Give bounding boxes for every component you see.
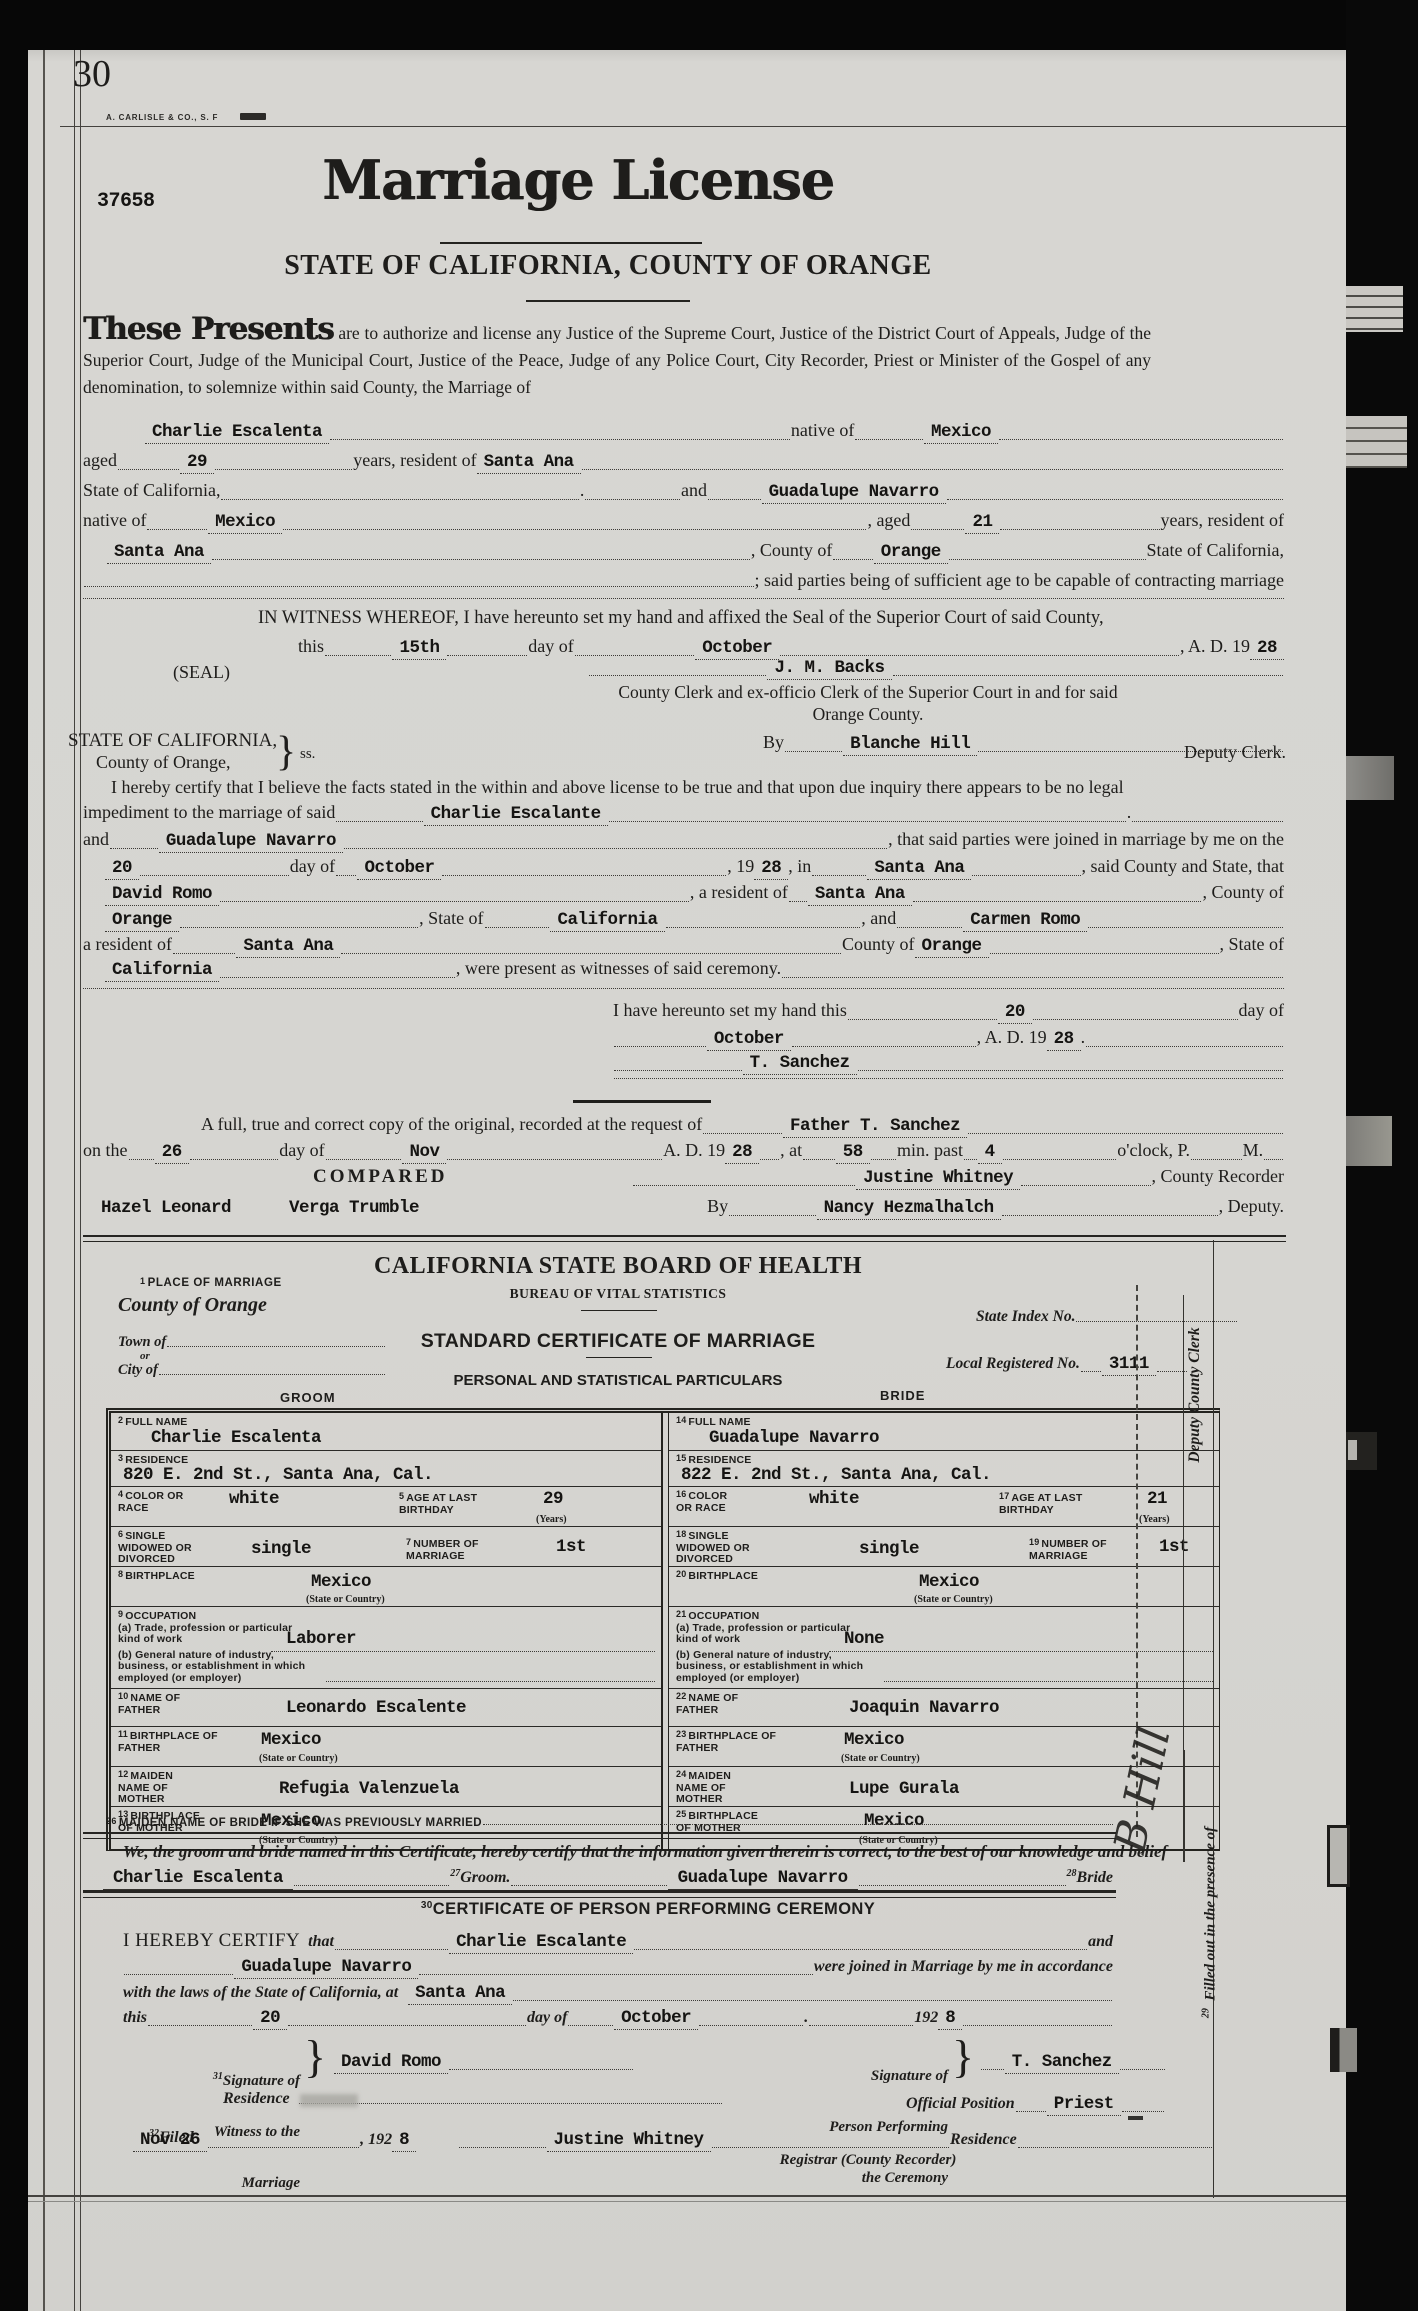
- groom-age-value: 29: [180, 452, 214, 474]
- field-number: 16: [676, 1489, 686, 1499]
- field-label: 10NAME OF FATHER: [118, 1691, 198, 1716]
- dotted-leader: [299, 2101, 722, 2104]
- local-registered-number: 3111: [1102, 1354, 1156, 1376]
- laws-of-california-text: with the laws of the State of California…: [123, 1984, 398, 2002]
- particulars-heading: PERSONAL AND STATISTICAL PARTICULARS: [328, 1372, 908, 1389]
- label-text: BIRTHPLACE OF FATHER: [118, 1730, 218, 1754]
- venue-block: STATE OF CALIFORNIA, County of Orange,: [68, 730, 277, 773]
- groom-color-age-row: 4COLOR OR RACE white 5AGE AT LAST BIRTHD…: [111, 1487, 661, 1527]
- residence-label: Residence: [223, 2090, 290, 2108]
- years-resident-label: years, resident of: [1161, 510, 1284, 531]
- subtitle-rule: [526, 300, 690, 302]
- bride-father-birthplace-value: Mexico: [844, 1730, 904, 1750]
- dotted-leader: [913, 899, 1202, 902]
- certify-text: I hereby certify that I believe the fact…: [111, 777, 1124, 798]
- field-number: 4: [118, 1489, 123, 1499]
- field-label: 11BIRTHPLACE OF FATHER: [118, 1729, 228, 1754]
- and-label: and: [1088, 1933, 1113, 1951]
- m-label: M.: [1243, 1140, 1264, 1161]
- dotted-leader: [288, 2023, 526, 2026]
- dotted-leader: [118, 467, 179, 470]
- joined-in-marriage-text: were joined in Marriage by me in accorda…: [814, 1958, 1113, 1976]
- dotted-leader: [589, 673, 766, 676]
- groom-father-birthplace-row: 11BIRTHPLACE OF FATHER Mexico (State or …: [111, 1727, 661, 1767]
- label-line: Marriage: [168, 2175, 300, 2192]
- ad-19-label: , A. D. 19: [1180, 636, 1250, 657]
- label-text: BIRTHPLACE: [688, 1570, 758, 1582]
- dotted-leader: [964, 1157, 977, 1160]
- compared-stamp: COMPARED: [313, 1166, 447, 1188]
- dotted-leader: [442, 873, 726, 876]
- recorded-hour-value: 4: [978, 1142, 1002, 1164]
- dotted-leader: [1086, 1044, 1283, 1047]
- dotted-leader: [780, 653, 1179, 656]
- dotted-leader: [485, 925, 550, 928]
- venue-state: STATE OF CALIFORNIA,: [68, 730, 277, 752]
- occupation-b-label: (b) General nature of industry, business…: [676, 1650, 881, 1685]
- dotted-leader: [140, 873, 289, 876]
- ceremony-line-1: I HEREBY CERTIFY that Charlie Escalante …: [123, 1930, 1113, 1954]
- form-line-bride-city: Santa Ana , County of Orange State of Ca…: [83, 540, 1284, 564]
- dotted-leader: [271, 1651, 655, 1652]
- deputy-clerk-signature: Blanche Hill: [843, 734, 977, 756]
- groom-city-value: Santa Ana: [477, 452, 581, 474]
- label-text: AGE AT LAST BIRTHDAY: [399, 1492, 477, 1516]
- performer-signature-label: Signature of Person Performing the Cerem…: [783, 2034, 948, 2221]
- field-label: 21OCCUPATION: [676, 1609, 1215, 1623]
- rule: [581, 1310, 657, 1311]
- official-position-label: Official Position: [906, 2095, 1015, 2113]
- section-divider-dotted: [83, 598, 1284, 599]
- groom-signature: Charlie Escalenta: [103, 1868, 293, 1890]
- dotted-leader: [220, 899, 689, 902]
- maiden-name-line: 26MAIDEN NAME OF BRIDE IF SHE WAS PREVIO…: [106, 1816, 1114, 1829]
- page-number: 30: [73, 52, 111, 96]
- certify-line-1: I hereby certify that I believe the fact…: [83, 777, 1284, 798]
- dotted-leader: [447, 1157, 662, 1160]
- ceremony-year-value: 8: [938, 2008, 962, 2030]
- witness-date-line: this 15th day of October , A. D. 19 28: [298, 636, 1284, 660]
- county-recorder-label: , County Recorder: [1152, 1166, 1284, 1187]
- presents-paragraph: These Presents are to authorize and lice…: [83, 316, 1151, 401]
- dotted-leader: [947, 497, 1283, 500]
- ceremony-day-value: 20: [253, 2008, 287, 2030]
- field-number: 30: [421, 1900, 433, 1911]
- groom-color-value: white: [229, 1489, 279, 1509]
- field-label: 8BIRTHPLACE: [118, 1569, 657, 1583]
- official-position-value: Priest: [1047, 2094, 1121, 2116]
- certify-line-6: Orange , State of California , and Carme…: [83, 908, 1284, 932]
- tab-mark: [1348, 1440, 1357, 1460]
- field-number: 8: [118, 1569, 123, 1579]
- filed-date-value: Nov 26: [133, 2130, 207, 2152]
- field-number: 19: [1029, 1537, 1039, 1547]
- state-or-country-caption: (State or Country): [306, 1594, 385, 1605]
- section-double-rule: [83, 1235, 1286, 1242]
- years-caption: (Years): [1139, 1514, 1170, 1525]
- groom-name-value: Charlie Escalante: [424, 804, 608, 826]
- dotted-leader: [124, 1972, 233, 1975]
- town-of-label: Town of: [118, 1334, 166, 1351]
- period: .: [1081, 1027, 1086, 1048]
- dotted-leader: [981, 2067, 1004, 2070]
- performer-signature-value: T. Sanchez: [1005, 2052, 1119, 2074]
- dotted-leader: [703, 1131, 782, 1134]
- field-label: 18SINGLE WIDOWED OR DIVORCED: [676, 1529, 776, 1566]
- hand-month-value: October: [707, 1029, 791, 1051]
- on-the-label: on the: [83, 1140, 128, 1161]
- i-hereby-certify-label: I HEREBY CERTIFY: [123, 1930, 300, 1952]
- deputy-county-clerk-vertical-label: Deputy County Clerk: [1186, 1289, 1206, 1501]
- field-label: 24MAIDEN NAME OF MOTHER: [676, 1769, 751, 1806]
- groom-marriage-number-value: 1st: [556, 1537, 586, 1557]
- witness2-name-value: Carmen Romo: [963, 910, 1087, 932]
- label-text: OCCUPATION: [688, 1610, 759, 1622]
- witness1-county-value: Orange: [105, 910, 179, 932]
- label-line: 31Signature of: [168, 2068, 300, 2090]
- ceremony-heading: 30CERTIFICATE OF PERSON PERFORMING CEREM…: [83, 1900, 1213, 1919]
- dotted-leader: [1264, 1157, 1283, 1160]
- comparer-1-stamp: Hazel Leonard: [101, 1198, 231, 1218]
- ceremony-line-3: with the laws of the State of California…: [123, 1983, 1113, 2005]
- dotted-leader: [963, 2023, 1112, 2026]
- witness-signature-value: David Romo: [334, 2052, 448, 2074]
- aged-label: aged: [83, 450, 117, 471]
- dotted-leader: [968, 1131, 1283, 1134]
- stray-mark: [1128, 2116, 1143, 2120]
- title-rule: [440, 242, 702, 244]
- dotted-leader: [325, 653, 391, 656]
- erased-smudge: [300, 2094, 358, 2107]
- dotted-leader: [419, 1972, 813, 1975]
- dotted-leader: [1002, 1213, 1218, 1216]
- field-number: 6: [118, 1529, 123, 1539]
- ceremony-month-value: October: [614, 2008, 698, 2030]
- field-number: 22: [676, 1691, 686, 1701]
- dotted-leader: [582, 467, 1283, 470]
- and-label: and: [681, 480, 707, 501]
- label-text: NUMBER OF MARRIAGE: [406, 1538, 479, 1562]
- recorded-line-1: A full, true and correct copy of the ori…: [83, 1114, 1284, 1138]
- witness-line: IN WITNESS WHEREOF, I have hereunto set …: [83, 608, 1284, 629]
- dotted-leader: [858, 1068, 1283, 1071]
- dotted-leader: [283, 527, 866, 530]
- field-number: 27: [450, 1868, 460, 1879]
- venue-county: County of Orange,: [96, 752, 277, 773]
- index-tab: [1330, 2028, 1357, 2072]
- by-label: By: [763, 732, 784, 753]
- recorded-minute-value: 58: [836, 1142, 870, 1164]
- hand-year-value: 28: [1047, 1029, 1081, 1051]
- heading-text: CERTIFICATE OF PERSON PERFORMING CEREMON…: [433, 1900, 875, 1918]
- dotted-leader: [330, 437, 790, 440]
- groom-age-value: 29: [543, 1489, 563, 1509]
- dotted-leader: [326, 1681, 655, 1682]
- certify-line-2: impediment to the marriage of said Charl…: [83, 802, 1284, 826]
- index-tab: [1346, 1432, 1377, 1470]
- bride-marriage-number-value: 1st: [1159, 1537, 1189, 1557]
- ceremony-groom-value: Charlie Escalante: [449, 1932, 633, 1954]
- state-index-label: State Index No.: [976, 1308, 1075, 1326]
- field-number: 26: [106, 1816, 117, 1826]
- ss-label: ss.: [300, 746, 315, 763]
- groom-marital-row: 6SINGLE WIDOWED OR DIVORCED single 7NUMB…: [111, 1527, 661, 1567]
- state-or-country-caption: (State or Country): [914, 1594, 993, 1605]
- groom-occupation-row: 9OCCUPATION (a) Trade, profession or par…: [111, 1607, 661, 1689]
- state-or-country-caption: (State or Country): [841, 1753, 920, 1764]
- scan-border-left: [0, 0, 28, 2311]
- groom-father-value: Leonardo Escalente: [286, 1698, 466, 1718]
- dotted-leader: [999, 437, 1283, 440]
- dotted-leader: [893, 673, 1283, 676]
- by-label: By: [707, 1196, 728, 1217]
- dotted-leader: [666, 925, 861, 928]
- min-past-label: min. past: [897, 1140, 963, 1161]
- label-text: COLOR OR RACE: [118, 1490, 183, 1514]
- day-of-label: day of: [290, 856, 335, 877]
- dotted-leader: [871, 1157, 896, 1160]
- occupation-a-label: (a) Trade, profession or particular kind…: [118, 1623, 303, 1646]
- dotted-leader: [84, 584, 754, 587]
- license-year-value: 28: [1250, 638, 1284, 660]
- label-line: Signature of: [783, 2068, 948, 2085]
- document-page: 30 A. CARLISLE & CO., S. F 37658 Marriag…: [28, 50, 1346, 2311]
- bureau-subheading: BUREAU OF VITAL STATISTICS: [328, 1286, 908, 1302]
- filed-192-label: , 192: [360, 2131, 392, 2149]
- city-of-label: City of: [118, 1362, 158, 1379]
- field-number: 23: [676, 1729, 686, 1739]
- bride-full-name-value: Guadalupe Navarro: [709, 1428, 879, 1448]
- field-number: 5: [399, 1491, 404, 1501]
- dotted-leader: [294, 1883, 449, 1886]
- bride-age-value: 21: [1147, 1489, 1167, 1509]
- dotted-leader: [1021, 1183, 1150, 1186]
- certify-line-7: a resident of Santa Ana County of Orange…: [83, 934, 1284, 958]
- top-rule: [60, 126, 1346, 127]
- dotted-leader: [585, 497, 680, 500]
- oclock-label: o'clock, P.: [1117, 1140, 1190, 1161]
- dotted-leader: [221, 497, 578, 500]
- field-label: 19NUMBER OF MARRIAGE: [1029, 1537, 1139, 1562]
- dotted-leader: [326, 1157, 402, 1160]
- wedding-day-value: 20: [105, 858, 139, 880]
- field-number: 15: [676, 1453, 686, 1463]
- deputy-label: , Deputy.: [1219, 1196, 1284, 1217]
- label-text: SINGLE WIDOWED OR DIVORCED: [676, 1530, 750, 1565]
- witness1-state-value: California: [550, 910, 664, 932]
- column-divider: [661, 1413, 669, 1849]
- bride-color-value: white: [809, 1489, 859, 1509]
- certify-line-5: David Romo , a resident of Santa Ana , C…: [83, 882, 1284, 906]
- dotted-leader: [634, 1947, 1087, 1950]
- groom-father-row: 10NAME OF FATHER Leonardo Escalente: [111, 1689, 661, 1727]
- state-or-country-caption: (State or Country): [259, 1753, 338, 1764]
- dotted-leader: [180, 925, 418, 928]
- maiden-name-label: 26MAIDEN NAME OF BRIDE IF SHE WAS PREVIO…: [106, 1816, 482, 1829]
- hand-line-2: October , A. D. 19 28 .: [613, 1027, 1284, 1051]
- label-line: the Ceremony: [783, 2170, 948, 2187]
- a-resident-of-label: a resident of: [83, 934, 172, 955]
- county-state-text: , said County and State, that: [1082, 856, 1284, 877]
- groom-marital-value: single: [251, 1539, 311, 1559]
- place-of-marriage-text: PLACE OF MARRIAGE: [148, 1277, 282, 1289]
- license-month-value: October: [695, 638, 779, 660]
- county-clerk-signature: J. M. Backs: [767, 658, 891, 680]
- page-bottom-rule: [28, 2195, 1346, 2197]
- binding-line: [80, 50, 81, 2311]
- filed-year-value: 8: [392, 2130, 416, 2152]
- year-19-label: , 19: [727, 856, 754, 877]
- year-192-label: 192: [914, 2009, 938, 2027]
- form-line-age: aged 29 years, resident of Santa Ana: [83, 450, 1284, 474]
- dotted-leader: [614, 1068, 742, 1071]
- label-text: BIRTHPLACE: [125, 1570, 195, 1582]
- dotted-leader: [1122, 2109, 1164, 2112]
- county-of-label: , County of: [751, 540, 833, 561]
- county-of-orange-script: County of Orange: [118, 1294, 267, 1317]
- field-label: 2FULL NAME: [118, 1415, 657, 1429]
- groom-birthplace-value: Mexico: [311, 1572, 371, 1592]
- groom-mother-value: Refugia Valenzuela: [279, 1779, 459, 1799]
- blank-line: [613, 1076, 1284, 1083]
- local-registered-label: Local Registered No.: [946, 1355, 1080, 1373]
- aged-label: , aged: [867, 510, 910, 531]
- dotted-leader: [511, 1883, 666, 1886]
- bride-occupation-value: None: [844, 1629, 884, 1649]
- label-text: NUMBER OF MARRIAGE: [1029, 1538, 1107, 1562]
- dotted-leader: [148, 2023, 252, 2026]
- field-number: 17: [999, 1491, 1009, 1501]
- scan-border-top: [0, 0, 1418, 50]
- presents-heading: These Presents: [83, 311, 334, 347]
- county-recorder-signature: Justine Whitney: [856, 1168, 1020, 1190]
- binding-line: [74, 50, 75, 2311]
- witness-brace: }: [304, 2030, 326, 2083]
- dotted-leader: [110, 846, 158, 849]
- dotted-leader: [212, 557, 750, 560]
- field-number: 31: [213, 2071, 223, 2082]
- this-label: this: [298, 636, 324, 657]
- bride-county-value: Orange: [874, 542, 948, 564]
- field-number: 29: [1201, 2008, 1212, 2018]
- recorder-signature-line: COMPARED Justine Whitney , County Record…: [83, 1166, 1284, 1190]
- certify-line-8: California , were present as witnesses o…: [83, 958, 1284, 982]
- board-heading: CALIFORNIA STATE BOARD OF HEALTH: [328, 1253, 908, 1280]
- dotted-leader: [812, 873, 866, 876]
- this-label: this: [123, 2009, 147, 2027]
- hand-line-1: I have hereunto set my hand this 20 day …: [613, 1000, 1284, 1024]
- dotted-leader: [336, 873, 356, 876]
- form-line-sufficient-age: ; said parties being of sufficient age t…: [83, 570, 1284, 591]
- day-of-label: day of: [279, 1140, 324, 1161]
- groom-column-header: GROOM: [280, 1390, 336, 1405]
- bride-caption: 28Bride: [1067, 1868, 1113, 1887]
- license-day-value: 15th: [392, 638, 446, 660]
- label-text: Signature of: [223, 2073, 300, 2089]
- recorded-year-value: 28: [725, 1142, 759, 1164]
- deputy-recorder-signature: Nancy Hezmalhalch: [817, 1198, 1001, 1220]
- witness2-state-value: California: [105, 960, 219, 982]
- standard-certificate-heading: STANDARD CERTIFICATE OF MARRIAGE: [328, 1330, 908, 1353]
- county-of-label: , County of: [1202, 882, 1284, 903]
- witness-residence-line: Residence: [223, 2090, 723, 2108]
- joined-text: , that said parties were joined in marri…: [888, 829, 1284, 850]
- field-label: 4COLOR OR RACE: [118, 1489, 188, 1514]
- dotted-leader: [859, 1883, 1066, 1886]
- in-witness-text: IN WITNESS WHEREOF, I have hereunto set …: [258, 608, 1104, 629]
- wedding-city-value: Santa Ana: [867, 858, 971, 880]
- field-number: 21: [676, 1609, 686, 1619]
- dotted-leader: [1033, 1017, 1238, 1020]
- double-rule: [83, 1832, 1116, 1839]
- groom-occupation-value: Laborer: [286, 1629, 356, 1649]
- form-line-groom: Charlie Escalenta native of Mexico: [83, 420, 1284, 444]
- field-number: 2: [118, 1415, 123, 1425]
- page-bottom-rule-2: [28, 2201, 1346, 2202]
- label-text: OCCUPATION: [125, 1610, 196, 1622]
- day-of-label: day of: [1239, 1000, 1284, 1021]
- document-subtitle: STATE OF CALIFORNIA, COUNTY OF ORANGE: [243, 250, 973, 282]
- index-tab: [1346, 286, 1403, 332]
- occupation-a-label: (a) Trade, profession or particular kind…: [676, 1623, 861, 1646]
- dotted-leader: [147, 527, 207, 530]
- signatures-line: Charlie Escalenta 27Groom. Guadalupe Nav…: [103, 1868, 1113, 1890]
- bride-marital-value: single: [859, 1539, 919, 1559]
- present-witnesses-text: , were present as witnesses of said cere…: [456, 958, 781, 979]
- groom-residence-row: 3RESIDENCE 820 E. 2nd St., Santa Ana, Ca…: [111, 1451, 661, 1487]
- dotted-leader: [848, 1017, 997, 1020]
- wedding-month-value: October: [357, 858, 441, 880]
- performer-signature-line: T. Sanchez: [980, 2052, 1212, 2074]
- dotted-leader: [712, 2145, 949, 2148]
- field-number: 3: [118, 1453, 123, 1463]
- dotted-leader: [173, 951, 235, 954]
- short-divider: [573, 1100, 711, 1103]
- document-title: Marriage License: [278, 148, 878, 212]
- index-tab: [1346, 1116, 1392, 1166]
- bride-name-value: Guadalupe Navarro: [159, 831, 343, 853]
- field-label: 9OCCUPATION: [118, 1609, 657, 1623]
- day-of-label: day of: [528, 636, 573, 657]
- performer-brace: }: [952, 2030, 974, 2083]
- groom-native-value: Mexico: [924, 422, 998, 444]
- clerk-signature-line: J. M. Backs: [588, 658, 1284, 680]
- dotted-leader: [1132, 819, 1283, 822]
- copy-text: A full, true and correct copy of the ori…: [201, 1114, 702, 1135]
- label-text: BIRTHPLACE OF FATHER: [676, 1730, 776, 1754]
- ad-19-label: , A. D. 19: [977, 1027, 1047, 1048]
- field-label: 14FULL NAME: [676, 1415, 1215, 1429]
- witness-signature-line: David Romo: [334, 2052, 634, 2074]
- dotted-leader: [335, 1947, 448, 1950]
- dotted-leader: [190, 1157, 278, 1160]
- ad-19-label: A. D. 19: [663, 1140, 725, 1161]
- deputy-clerk-label: Deputy Clerk.: [1184, 742, 1286, 763]
- dotted-leader: [972, 873, 1080, 876]
- occupation-b-label: (b) General nature of industry, business…: [118, 1650, 323, 1685]
- label-text: SINGLE WIDOWED OR DIVORCED: [118, 1530, 192, 1565]
- dotted-leader: [855, 437, 923, 440]
- seal-label: (SEAL): [173, 662, 230, 683]
- field-label: 23BIRTHPLACE OF FATHER: [676, 1729, 786, 1754]
- index-tab: [1346, 416, 1407, 468]
- comparers-line: Hazel Leonard Verga Trumble By Nancy Hez…: [83, 1196, 1284, 1220]
- dotted-leader: [483, 1822, 1113, 1825]
- dotted-leader: [575, 653, 695, 656]
- dotted-leader: [1088, 925, 1283, 928]
- groom-full-name-value: Charlie Escalenta: [151, 1428, 321, 1448]
- years-resident-label: years, resident of: [353, 450, 476, 471]
